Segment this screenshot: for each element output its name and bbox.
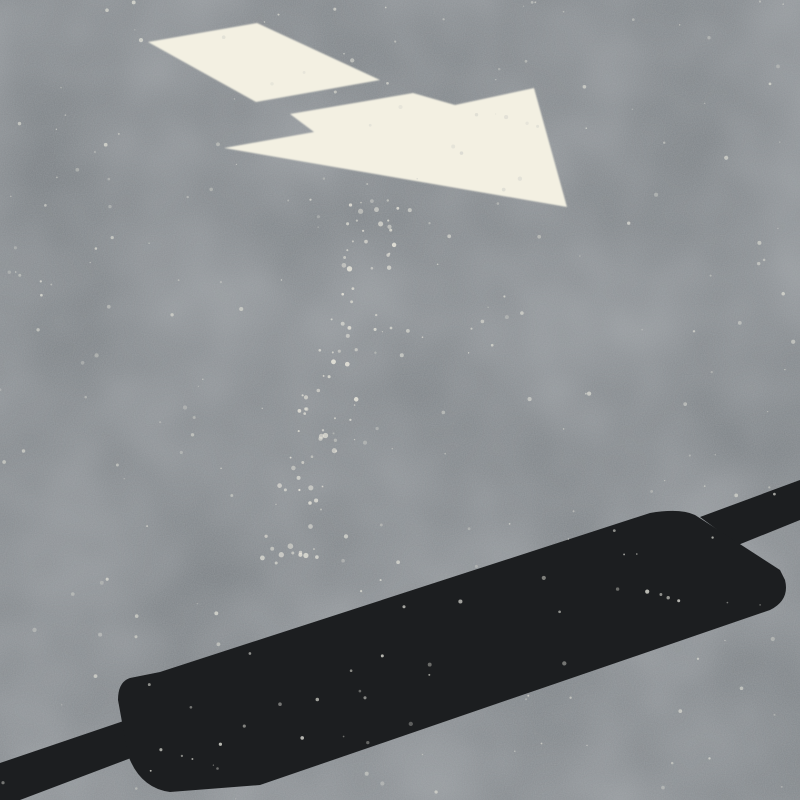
photo-scene xyxy=(0,0,800,800)
